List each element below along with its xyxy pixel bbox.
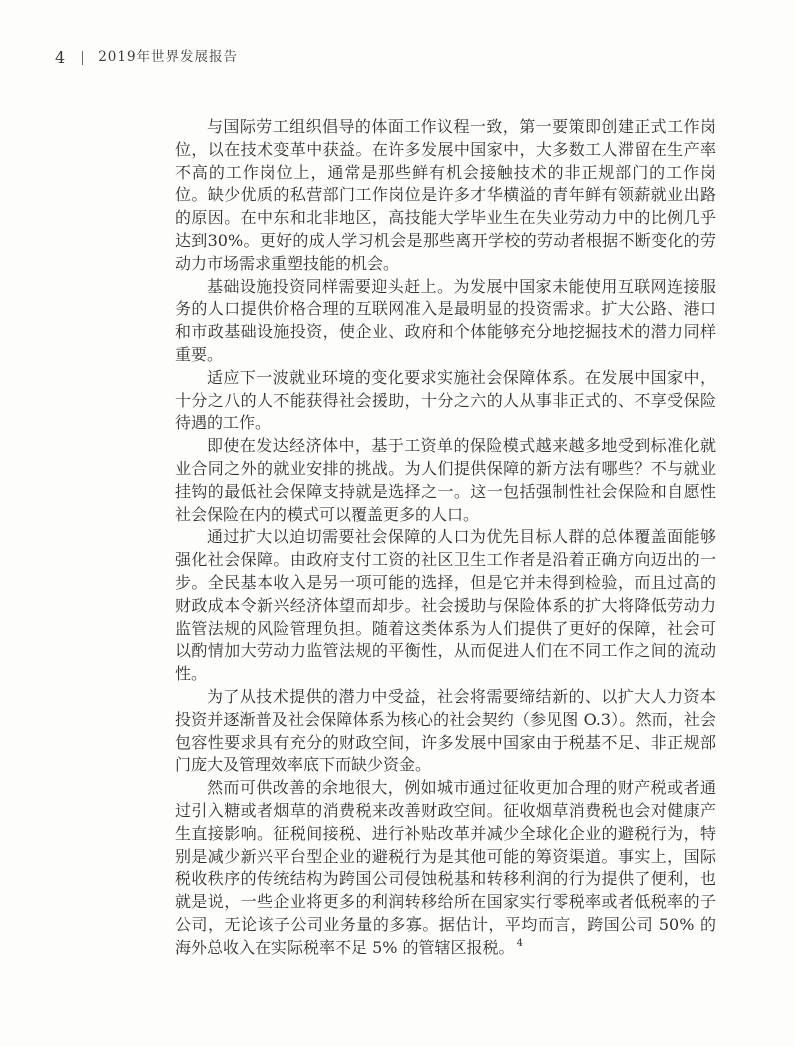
body-text: 与国际劳工组织倡导的体面工作议程一致，第一要策即创建正式工作岗位，以在技术变革中…: [175, 116, 716, 959]
paragraph-7: 然而可供改善的余地很大，例如城市通过征收更加合理的财产税或者通过引入糖或者烟草的…: [175, 777, 716, 959]
paragraph-3: 适应下一波就业环境的变化要求实施社会保障体系。在发展中国家中，十分之八的人不能获…: [175, 367, 716, 435]
paragraph-7-text: 然而可供改善的余地很大，例如城市通过征收更加合理的财产税或者通过引入糖或者烟草的…: [175, 778, 716, 957]
paragraph-4: 即使在发达经济体中，基于工资单的保险模式越来越多地受到标准化就业合同之外的就业安…: [175, 435, 716, 526]
paragraph-6: 为了从技术提供的潜力中受益，社会将需要缔结新的、以扩大人力资本投资并逐渐普及社会…: [175, 686, 716, 777]
header-divider-bar: [82, 51, 83, 65]
footnote-marker: 4: [517, 938, 523, 949]
report-title: 2019年世界发展报告: [98, 51, 238, 65]
document-page: 4 2019年世界发展报告 与国际劳工组织倡导的体面工作议程一致，第一要策即创建…: [0, 0, 795, 1047]
running-header: 4 2019年世界发展报告: [55, 50, 238, 66]
paragraph-5: 通过扩大以迫切需要社会保障的人口为优先目标人群的总体覆盖面能够强化社会保障。由政…: [175, 526, 716, 686]
page-number: 4: [55, 50, 65, 66]
paragraph-2: 基础设施投资同样需要迎头赶上。为发展中国家未能使用互联网连接服务的人口提供价格合…: [175, 276, 716, 367]
paragraph-1: 与国际劳工组织倡导的体面工作议程一致，第一要策即创建正式工作岗位，以在技术变革中…: [175, 116, 716, 276]
